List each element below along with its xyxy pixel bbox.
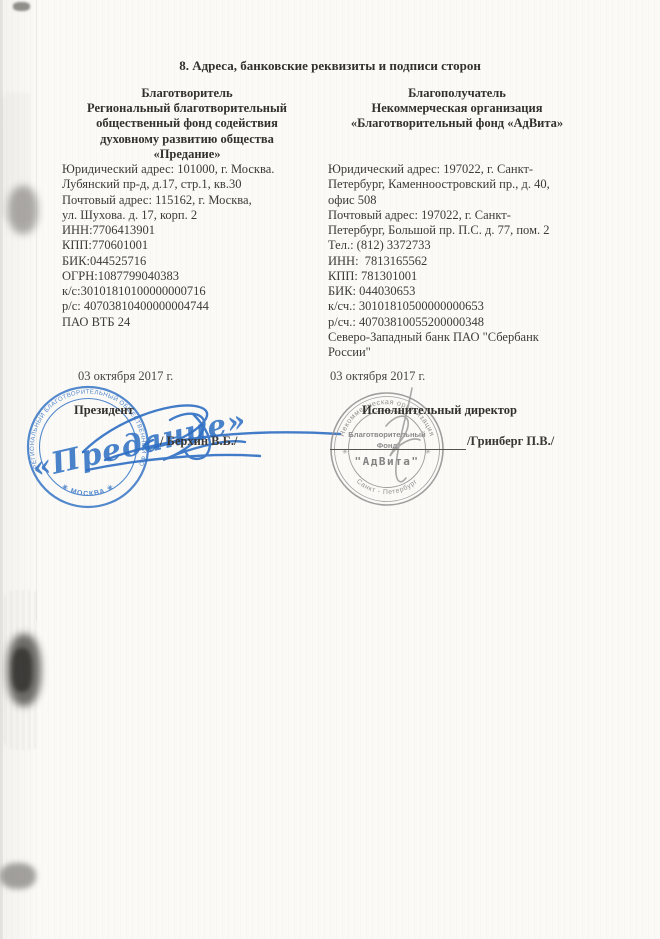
detail-line: Тел.: (812) 3372733 [328, 238, 608, 253]
detail-line: России" [328, 345, 608, 360]
scan-artifact-left-edge [0, 0, 3, 939]
detail-line: к/сч.: 30101810500000000653 [328, 299, 608, 314]
scan-artifact-vertical-line [36, 0, 37, 620]
benefactor-role: Благотворитель [58, 86, 316, 101]
beneficiary-signer-title: Исполнительный директор [362, 403, 517, 418]
beneficiary-header: Благополучатель Некоммерческая организац… [326, 86, 588, 132]
svg-text:✳ МОСКВА ✳: ✳ МОСКВА ✳ [60, 483, 115, 498]
detail-line: Почтовый адрес: 115162, г. Москва, [62, 193, 322, 208]
detail-line: ИНН:7706413901 [62, 223, 322, 238]
detail-line: Юридический адрес: 101000, г. Москва. [62, 162, 322, 177]
scan-artifact-blob-2-core [12, 648, 32, 692]
benefactor-header: Благотворитель Региональный благотворите… [58, 86, 316, 162]
benefactor-stamp-city-text: ✳ МОСКВА ✳ [60, 483, 115, 498]
scanned-contract-page: 8. Адреса, банковские реквизиты и подпис… [0, 0, 660, 939]
detail-line: БИК: 044030653 [328, 284, 608, 299]
detail-line: Северо-Западный банк ПАО "Сбербанк [328, 330, 608, 345]
scan-artifact-corner [13, 2, 30, 11]
detail-line: р/сч.: 40703810055200000348 [328, 315, 608, 330]
detail-line: Почтовый адрес: 197022, г. Санкт- [328, 208, 608, 223]
detail-line: Петербург, Каменноостровский пр., д. 40, [328, 177, 608, 192]
detail-line: р/с: 40703810400000004744 [62, 299, 322, 314]
beneficiary-signer-name: /Гринберг П.В./ [467, 434, 554, 449]
detail-line: Юридический адрес: 197022, г. Санкт- [328, 162, 608, 177]
scan-artifact-blob-2 [7, 634, 41, 706]
benefactor-name-line: духовному развитию общества [58, 132, 316, 147]
scan-artifact-blob-3 [0, 863, 36, 889]
section-title: 8. Адреса, банковские реквизиты и подпис… [0, 58, 660, 74]
benefactor-signer-name: / Берхин В.Б./ [160, 434, 237, 449]
beneficiary-details: Юридический адрес: 197022, г. Санкт- Пет… [328, 162, 608, 360]
benefactor-details: Юридический адрес: 101000, г. Москва. Лу… [62, 162, 322, 330]
detail-line: к/с:30101810100000000716 [62, 284, 322, 299]
benefactor-name-line: Региональный благотворительный [58, 101, 316, 116]
benefactor-name-line: общественный фонд содействия [58, 116, 316, 131]
detail-line: Лубянский пр-д, д.17, стр.1, кв.30 [62, 177, 322, 192]
detail-line: Петербург, Большой пр. П.С. д. 77, пом. … [328, 223, 608, 238]
detail-line: КПП:770601001 [62, 238, 322, 253]
detail-line: ул. Шухова. д. 17, корп. 2 [62, 208, 322, 223]
detail-line: ОГРН:1087799040383 [62, 269, 322, 284]
beneficiary-date: 03 октября 2017 г. [330, 369, 425, 384]
detail-line: КПП: 781301001 [328, 269, 608, 284]
benefactor-name-line: «Предание» [58, 147, 316, 162]
scan-artifact-streaks-mid [4, 590, 40, 750]
detail-line: офис 508 [328, 193, 608, 208]
detail-line: ИНН: 7813165562 [328, 254, 608, 269]
beneficiary-name-line: Некоммерческая организация [326, 101, 588, 116]
benefactor-signer-title: Президент [74, 403, 134, 418]
detail-line: БИК:044525716 [62, 254, 322, 269]
beneficiary-signature-line [330, 449, 466, 450]
detail-line: ПАО ВТБ 24 [62, 315, 322, 330]
beneficiary-name-line: «Благотворительный фонд «АдВита» [326, 116, 588, 131]
beneficiary-role: Благополучатель [326, 86, 588, 101]
scan-artifact-streaks-top [2, 92, 32, 222]
scan-artifact-blob-1 [8, 186, 38, 234]
